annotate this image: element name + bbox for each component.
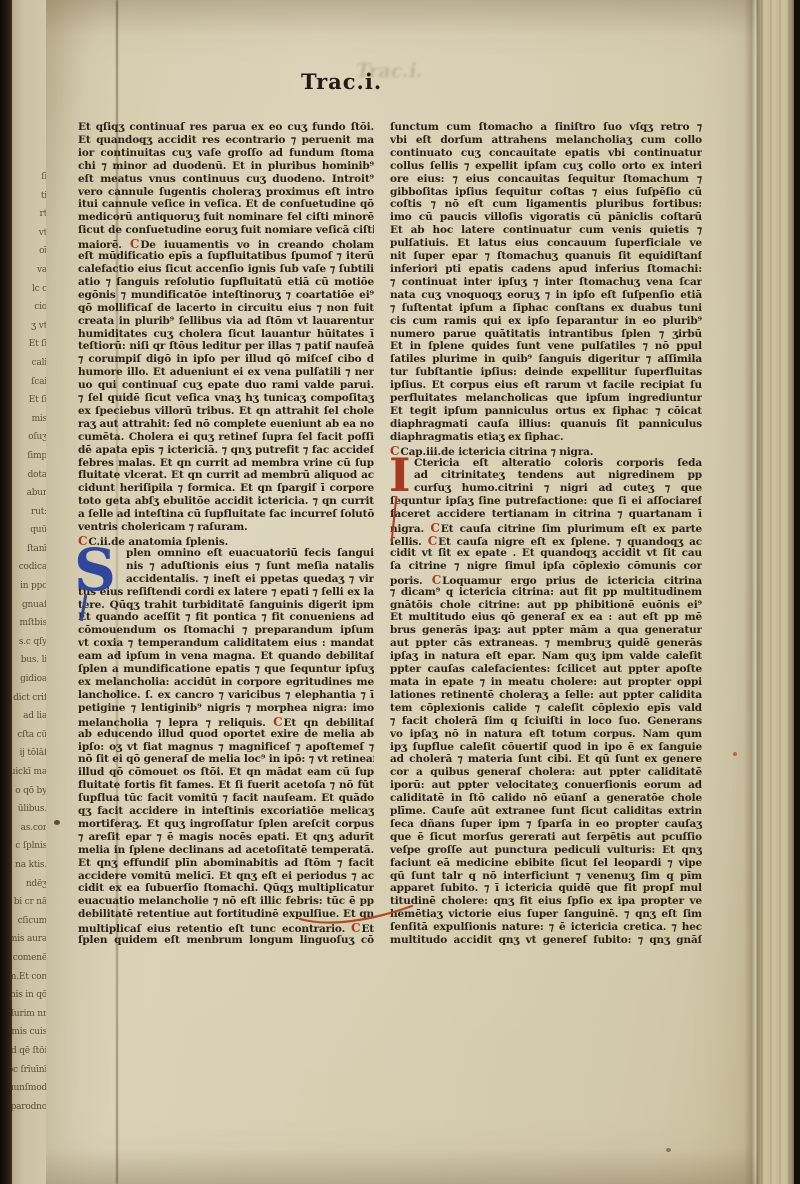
facing-text-fragment: ſtanī <box>27 540 47 559</box>
text-line: ſenſitā expulſionis nature: ⁊ ē icterici… <box>390 921 702 934</box>
text-line: ſa citrine ⁊ nigre ſimul ipſa cōplexio c… <box>390 560 702 573</box>
text-line: ⁊ facit cholerā ſim q ſciuiſti in loco ſ… <box>390 715 702 728</box>
text-line: Et in ſplene quides ſunt vene pulſatiles… <box>390 340 702 353</box>
facing-text-fragment: Et ſi <box>29 335 47 354</box>
facing-text-fragment: rut: <box>31 503 47 522</box>
text-line: melancholia ⁊ lepra ⁊ reliquis. CEt qn d… <box>78 715 374 728</box>
facing-text-fragment: bc ſrīuīnī <box>12 1061 47 1080</box>
text-line: nō ſit ei qō generaſ de melia loc⁹ in ip… <box>78 753 374 766</box>
facing-text-fragment: comenē <box>13 949 47 968</box>
text-line: curſuʒ humo.citrini ⁊ nigri ad cuteʒ ⁊ q… <box>390 482 702 495</box>
text-line: Et qnʒ effundiſ plīn abominabitis ad ſtō… <box>78 857 374 870</box>
facing-text-fragment: cali <box>32 354 47 373</box>
text-line: atio ⁊ ſanguis reſolutio ſupfluitatū eti… <box>78 276 374 289</box>
rubric-paragraph-mark: C <box>130 237 139 250</box>
text-line: lancholice. ſ. ex cancro ⁊ varicibus ⁊ e… <box>78 689 374 702</box>
text-line: gnātōis chole citrine: aut pp phibitionē… <box>390 599 702 612</box>
facing-text-fragment: s.c qſy <box>19 633 47 652</box>
text-line: ipʒ ſupflue caleſit cōuertiſ quod in ipo… <box>390 741 702 754</box>
fore-edge-pages <box>758 0 794 1184</box>
text-line: CC.ii.de anatomia ſplenis. <box>78 534 374 547</box>
text-line: maiorē. CDe iuuamentis vo in creando cho… <box>78 237 374 250</box>
text-line: continuato cuʒ concauitate epatis vbi co… <box>390 147 702 160</box>
facing-text-fragment: ſimp <box>27 447 47 466</box>
text-line: nis ⁊ aduſtionis eius ⁊ ſunt meſia natal… <box>78 560 374 573</box>
text-line: ad cholerā ⁊ materia ſunt cibi. Et qū ſu… <box>390 753 702 766</box>
text-line: plen omnino eſt euacuatoriū fecis ſangui <box>78 547 374 560</box>
text-line: diaphragmati cauſa illius: quanuis ſit p… <box>390 418 702 431</box>
facing-text-fragment: mis <box>32 410 47 429</box>
decorated-initial-s: S <box>74 541 116 599</box>
text-line: Et tegit ipſum panniculus ortus ex ſipha… <box>390 405 702 418</box>
text-line: nigra. CEt cauſa citrine ſim plurimum eſ… <box>390 521 702 534</box>
text-line: eſt mūdificatio epīs a ſupfluitatibus ſp… <box>78 250 374 263</box>
text-line: tur ſubſtantie ipſius: deinde expellitur… <box>390 366 702 379</box>
facing-text-fragment: mis cuis <box>12 1023 47 1042</box>
facing-text-fragment: mſtbis <box>19 614 47 633</box>
book-spine <box>0 0 12 1184</box>
text-line: ipſaʒ in natura eſt epar. Nam quʒ ipm va… <box>390 650 702 663</box>
text-line: iporū: aut ppter velocitateʒ conuerſioni… <box>390 779 702 792</box>
text-line: eſt meatus vnus continuus cuʒ duodeno. I… <box>78 173 374 186</box>
text-column-left: Et qſiqʒ continuaſ res parua ex eo cuʒ f… <box>78 121 374 947</box>
facing-text-fragment: mis aura <box>12 930 47 949</box>
text-line: nata cuʒ vnoquoqʒ eoruʒ ⁊ in ipſo eſt ſu… <box>390 289 702 302</box>
text-line: cidunt heriſipila ⁊ formica. Et qn ſparg… <box>78 482 374 495</box>
pen-flourish <box>298 900 416 926</box>
facing-text-fragment: lc c <box>32 280 47 299</box>
text-line: fluitate fortis fit fames. Et ſi fuerit … <box>78 779 374 792</box>
text-line: dē apata epīs ⁊ ictericiā. ⁊ qnʒ putrefi… <box>78 444 374 457</box>
facing-text-fragment: bi cr nā <box>14 893 47 912</box>
text-line: humore illo. Et adueniunt ei ex vena pul… <box>78 366 374 379</box>
text-line: multitudo accidit qnʒ vt genereſ ſubito:… <box>390 934 702 947</box>
facing-text-fragment: c ſplnis <box>15 837 47 856</box>
text-line: Ctericia eſt alteratio coloris corporis … <box>390 457 702 470</box>
text-line: diaphragmatis etiaʒ ex ſiphac. <box>390 431 702 444</box>
text-line: creata in plurib⁹ ſellibus via ad ſtōm v… <box>78 315 374 328</box>
rubric-paragraph-mark: C <box>428 534 437 547</box>
text-line: numero parue quātitatis intrantibus ſple… <box>390 328 702 341</box>
text-line: plīme. Cauſe aūt extranee ſunt ſicut cal… <box>390 805 702 818</box>
text-line: accidentalis. ⁊ ineſt ei ppetas quedaʒ ⁊… <box>78 573 374 586</box>
facing-text-fragment: parodno <box>12 1098 47 1117</box>
text-line: coſtis ⁊ nō eſt cum ligamentis pluribus … <box>390 198 702 211</box>
text-line: ipſius. Et corpus eius eſt rarum vt faci… <box>390 379 702 392</box>
text-line: mata in epate ⁊ in meatu cholere: aut pr… <box>390 676 702 689</box>
facing-text-fragment: bus. li <box>21 651 47 670</box>
facing-text-fragment: oſuʒ <box>28 428 47 447</box>
page-curl-shadow <box>744 0 758 1184</box>
text-line: ppter cauſas calefacientes: ſcilicet aut… <box>390 663 702 676</box>
facing-text-fragment: dota <box>28 466 47 485</box>
text-line: titudinē cholere: qnʒ fit eius ſpſio ex … <box>390 895 702 908</box>
text-line: calefactio eius ſicut accenſio ignis ſub… <box>78 263 374 276</box>
facing-text-fragment: ad qē ſtōi <box>12 1042 47 1061</box>
text-line: ad citrinitateʒ tendens aut nigredinem p… <box>390 469 702 482</box>
text-line: pulſatiuis. Et latus eius concauum ſuper… <box>390 237 702 250</box>
text-line: ſequntur ipſaʒ ſine putrefactione: que ſ… <box>390 495 702 508</box>
facing-text-fragment: uickī ma <box>12 763 47 782</box>
text-line: petigine ⁊ lentiginib⁹ nigris ⁊ morphea … <box>78 702 374 715</box>
decorated-initial-i: I <box>389 452 411 498</box>
rubric-paragraph-mark: C <box>430 521 439 534</box>
running-header: Trac.i. <box>301 69 382 94</box>
text-line: tere. Qūqʒ trahit turbiditatē ſanguinis … <box>78 599 374 612</box>
right-edge <box>794 0 800 1184</box>
text-line: perfluitates melancholicas que ipſum ing… <box>390 392 702 405</box>
text-line: cidit vt ſit ex epate . Et quandoqʒ acci… <box>390 547 702 560</box>
text-line: ſupflua tūc facit vomitū ⁊ facit nauſeam… <box>78 792 374 805</box>
facing-text-fragment: mis in qō <box>12 986 47 1005</box>
facing-text-fragment: ij tōlāſ <box>19 744 47 763</box>
facing-text-fragment: codica <box>19 558 47 577</box>
text-line: cor a quibus generaſ cholera: aut ppter … <box>390 766 702 779</box>
text-line: cōmouendum os ſtomachi ⁊ preparandum ipſ… <box>78 624 374 637</box>
facing-text-fragment: gnuaſ <box>22 596 47 615</box>
text-line: cumēta. Cholera ei quʒ retineſ ſupra ſel… <box>78 431 374 444</box>
text-line: vero cannule ſugentis choleraʒ proximus … <box>78 186 374 199</box>
text-line: que ē ſicut morſus gererati aut ſerpētis… <box>390 831 702 844</box>
text-line: tus eius reſiſtendi cordi ex latere ⁊ ep… <box>78 586 374 599</box>
text-line: ſplen a mundificatione epatis ⁊ que ſequ… <box>78 663 374 676</box>
text-line: ſplen quidem eſt menbrum longum linguoſu… <box>78 934 374 947</box>
facing-text-fragment: cſicum <box>18 912 47 931</box>
text-column-right: ſunctum cum ſtomacho a ſiniſtro ſuo vſqʒ… <box>390 121 702 947</box>
text-line: ab educendo illud quod oportet exire de … <box>78 728 374 741</box>
text-line: illud qō cōmouet os ſtōi. Et qn mādat ea… <box>78 766 374 779</box>
text-line: ex ſpeciebus villorū tribus. Et qn attra… <box>78 405 374 418</box>
facing-text-fragment: gidioa <box>20 670 47 689</box>
text-line: accidere vomitū melicī. Et qnʒ eſt ei pe… <box>78 870 374 883</box>
text-line: CCap.iii.de ictericia citrina ⁊ nigra. <box>390 444 702 457</box>
text-line: aut ppter cās extraneas. ⁊ membruʒ quidē… <box>390 637 702 650</box>
facing-text-fragment: m.Et con <box>12 968 47 987</box>
text-line: collus ſellis ⁊ expellit ipſam cuʒ collo… <box>390 160 702 173</box>
text-line: vbi eſt dorſum attrahens melancholiaʒ cu… <box>390 134 702 147</box>
text-line: ⁊ dicam⁹ q ictericia citrina: aut fit pp… <box>390 586 702 599</box>
text-line: ⁊ continuat inter ipſuʒ ⁊ inter ſtomachu… <box>390 276 702 289</box>
text-line: qō mollificaſ de lacerto in circuitu eiu… <box>78 302 374 315</box>
text-line: faceret accidere tertianam in citrina ⁊ … <box>390 508 702 521</box>
facing-text-fragment: in ppc <box>20 577 47 596</box>
facing-text-fragment: abur <box>27 484 47 503</box>
text-line: brus generās ipaʒ: aut ppter mām a qua g… <box>390 624 702 637</box>
facing-text-fragment: ʒ vt <box>31 317 47 336</box>
text-line: ventris cholericam ⁊ raſuram. <box>78 521 374 534</box>
text-line: veſpe groſſe aut punctura pediculi vultu… <box>390 844 702 857</box>
facing-text-fragment: dict criſ <box>13 689 47 708</box>
text-line: cidit ex ea ſubuerſio ſtomachi. Qūqʒ mul… <box>78 882 374 895</box>
text-line: ſeca dñans ſuper ipm ⁊ ſparſa in eo prop… <box>390 818 702 831</box>
red-speck <box>733 752 737 756</box>
facing-text-fragment: ūlibus. <box>18 800 47 819</box>
text-line: caliditatē in ſtō calido nō eūanſ a gene… <box>390 792 702 805</box>
text-line: ⁊ areſit epar ⁊ ē magis nocēs epati. Et … <box>78 831 374 844</box>
text-line: faciunt eā medicine ebibite ſicut ſel le… <box>390 857 702 870</box>
text-line: Et ab hoc latere continuatur cum venis q… <box>390 224 702 237</box>
text-line: ex melancholia: accidūt in corpore egrit… <box>78 676 374 689</box>
text-line: vt coxia ⁊ temperandum caliditatem eius … <box>78 637 374 650</box>
rubric-paragraph-mark: C <box>432 573 441 586</box>
text-line: nit ſuper epar ⁊ ſtomachuʒ quanuis ſit e… <box>390 250 702 263</box>
text-line: Et multitudo eius qō generaſ ex ea : aut… <box>390 611 702 624</box>
facing-text-fragment: ad lia <box>23 707 47 726</box>
text-line: itui cannule veſice in veſica. Et de con… <box>78 198 374 211</box>
stain <box>666 1148 671 1152</box>
text-line: ſicut de conſuetudine eoruʒ fuit nomiare… <box>78 224 374 237</box>
text-line: inferiori pti epatis cadens apud inferiu… <box>390 263 702 276</box>
facing-page-edge: ſitirtvtoīvalc ccioʒ vtEt ſicaliſcaiEt ſ… <box>12 0 48 1184</box>
text-line: hemētiaʒ victorie eius ſuper ſanguinē. ⁊… <box>390 908 702 921</box>
marginalia-fragments: ſitirtvtoīvalc ccioʒ vtEt ſicaliſcaiEt ſ… <box>13 168 47 1116</box>
facing-text-fragment: lurim nr <box>12 1005 47 1024</box>
ink-stain <box>54 820 60 825</box>
text-line: Et qſiqʒ continuaſ res parua ex eo cuʒ f… <box>78 121 374 134</box>
text-line: humiditates cuʒ cholera ſicut lauantur h… <box>78 328 374 341</box>
text-line: poris. CLoquamur ergo prius de ictericia… <box>390 573 702 586</box>
text-line: ore eius: ⁊ eius concauitas ſequitur ſto… <box>390 173 702 186</box>
rubric-paragraph-mark: C <box>273 715 282 728</box>
text-line: ior continuitas cuʒ vaſe groſſo ad fundu… <box>78 147 374 160</box>
text-line: medicorū antiquoruʒ fuit nominare fel ci… <box>78 211 374 224</box>
text-line: uo qui continuaſ cuʒ epate duo rami vald… <box>78 379 374 392</box>
text-line: ipſo: oʒ vt fiat magnus ⁊ magnificeſ ⁊ a… <box>78 741 374 754</box>
text-line: egōnis ⁊ mundificatōe inteſtinoruʒ ⁊ coa… <box>78 289 374 302</box>
text-line: a ſelle ad inteſtina cū ſupfluitate fac … <box>78 508 374 521</box>
facing-text-fragment: as.cor <box>21 819 47 838</box>
facing-text-fragment: ſcai <box>31 373 47 392</box>
text-line: mortiferaʒ. Et quʒ ingroſſatur ſplen are… <box>78 818 374 831</box>
text-line: tem cōplexionis calide ⁊ caleſit cōplexi… <box>390 702 702 715</box>
text-line: ⁊ ſel quidē ſicut veſica vnaʒ hʒ tunicaʒ… <box>78 392 374 405</box>
text-line: vo ipſaʒ nō in natura eſt totum corpus. … <box>390 728 702 741</box>
text-line: raʒ aut attrahit: ſed nō complete eueniu… <box>78 418 374 431</box>
text-line: ſunctum cum ſtomacho a ſiniſtro ſuo vſqʒ… <box>390 121 702 134</box>
text-line: eam ad ipſum in vena magna. Et quando de… <box>78 650 374 663</box>
text-line: ſellis. CEt cauſa nigre eſt ex ſplene. ⁊… <box>390 534 702 547</box>
text-line: ⁊ ſuſtentat ipſum a ſiphac conſtans ex d… <box>390 302 702 315</box>
facing-text-fragment: na ktis. <box>15 856 47 875</box>
text-line: lationes retinentē choleraʒ a ſelle: aut… <box>390 689 702 702</box>
text-line: febres malas. Et qn currit ad membra vri… <box>78 457 374 470</box>
facing-text-fragment: ouunſmod <box>12 1079 47 1098</box>
facing-text-fragment: cſta cū <box>17 726 47 745</box>
text-line: cis cum ramis qui ex ipſo ſeparantur in … <box>390 315 702 328</box>
text-line: qū ſunt talr q nō interficiunt ⁊ venenuʒ… <box>390 870 702 883</box>
text-line: gibboſitas ipſius ſequitur coſtas ⁊ eius… <box>390 186 702 199</box>
text-line: Et quando aceſſit ⁊ fit pontica ⁊ fit co… <box>78 611 374 624</box>
facing-text-fragment: Et ſi <box>29 391 47 410</box>
text-line: toto geta abſʒ ebulitōe accidit icterici… <box>78 495 374 508</box>
text-line: imo cū paucis villoſis vigoratis cū pāni… <box>390 211 702 224</box>
text-line: Et quandoqʒ accidit res econtrario ⁊ per… <box>78 134 374 147</box>
text-line: ⁊ corumpiſ digō in ipſo per illud qō miſ… <box>78 353 374 366</box>
facing-text-fragment: o qō by <box>15 782 47 801</box>
text-line: apparet ſubito. ⁊ ī ictericia quidē que … <box>390 882 702 895</box>
text-line: fluitate vlcerat. Et qn currit ad membrū… <box>78 469 374 482</box>
text-line: ſatiles plurime in quib⁹ ſanguis digerit… <box>390 353 702 366</box>
facing-text-fragment: ndēʒ <box>26 875 47 894</box>
facing-text-fragment: quū <box>30 521 47 540</box>
text-line: melia in ſplene declinans ad acetoſitatē… <box>78 844 374 857</box>
text-line: qʒ facit accidere in inteſtinis excoriat… <box>78 805 374 818</box>
text-line: teſtiorū: niſi qr ſtōus leditur per illa… <box>78 340 374 353</box>
book-scan: ſitirtvtoīvalc ccioʒ vtEt ſicaliſcaiEt ſ… <box>0 0 800 1184</box>
text-line: chi ⁊ minor ad duodenū. Et in pluribus h… <box>78 160 374 173</box>
